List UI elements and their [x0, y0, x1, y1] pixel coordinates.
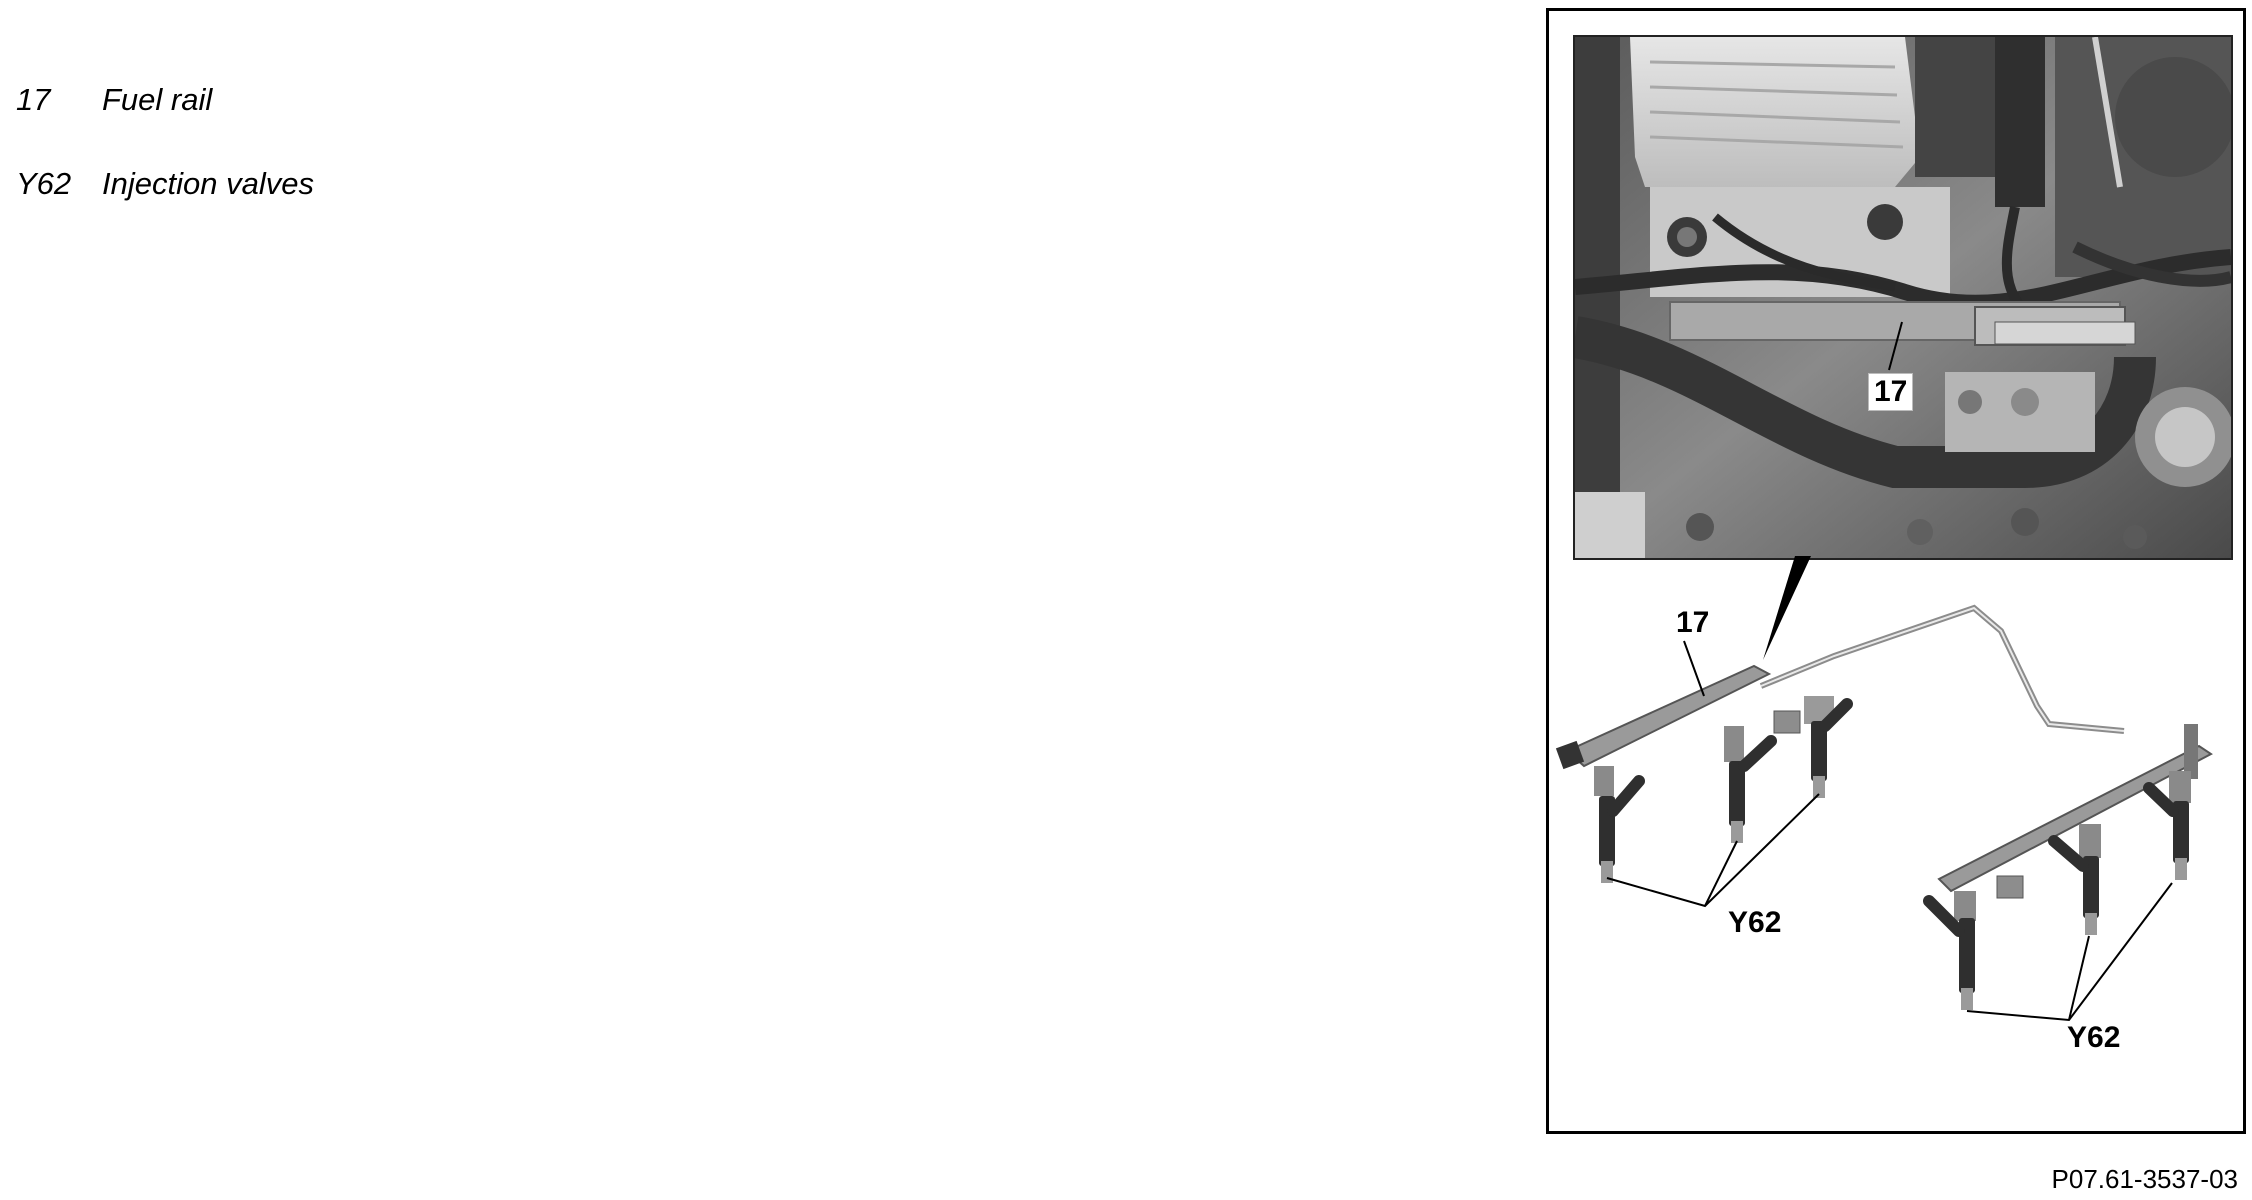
- document-page: 17 Fuel rail Y62 Injection valves: [0, 0, 2252, 1200]
- drawing-callout-fuel-rail: 17: [1676, 608, 1709, 638]
- photo-callout-fuel-rail: 17: [1868, 373, 1913, 411]
- drawing-callout-injectors-right: Y62: [2067, 1023, 2120, 1053]
- legend-description: Fuel rail: [102, 84, 212, 115]
- legend-code: 17: [16, 84, 50, 115]
- legend-code: Y62: [16, 168, 71, 199]
- figure-id: P07.61-3537-03: [2052, 1166, 2238, 1192]
- figure-frame: 17: [1546, 8, 2246, 1134]
- fuel-rail-illustration: [1549, 556, 2243, 1131]
- engine-bay-photo: 17: [1573, 35, 2233, 560]
- engine-photo-illustration: [1575, 37, 2231, 558]
- fuel-rail-drawing: 17 Y62 Y62: [1549, 556, 2243, 1131]
- drawing-callout-injectors-left: Y62: [1728, 908, 1781, 938]
- legend-description: Injection valves: [102, 168, 314, 199]
